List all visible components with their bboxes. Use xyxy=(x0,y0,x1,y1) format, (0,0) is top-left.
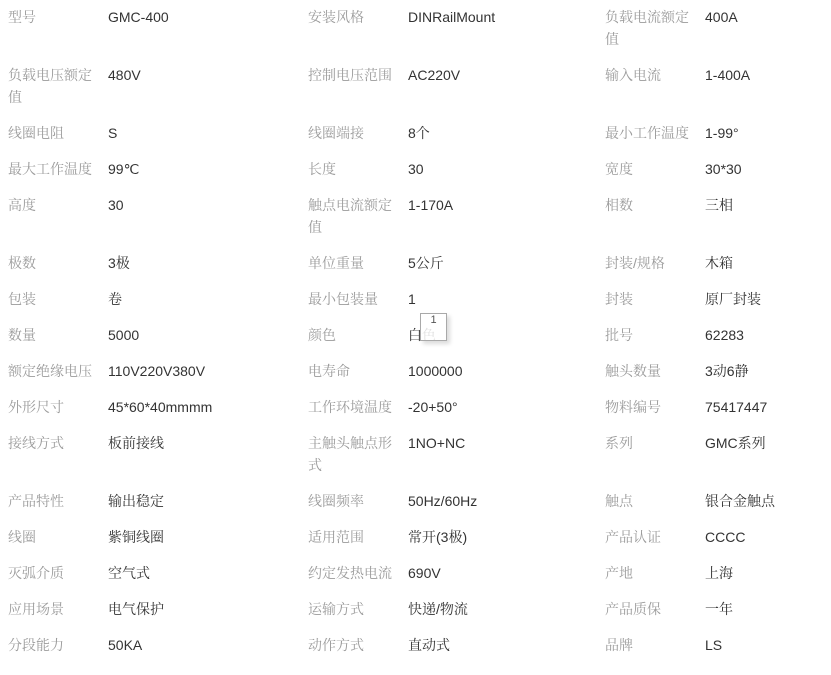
spec-label: 最小包装量 xyxy=(308,288,405,310)
spec-value: AC220V xyxy=(408,64,597,86)
spec-value: 三相 xyxy=(705,194,831,216)
spec-label: 电寿命 xyxy=(308,360,405,382)
spec-label: 产地 xyxy=(605,562,702,584)
spec-value: 3极 xyxy=(108,252,300,274)
spec-value: 空气式 xyxy=(108,562,300,584)
spec-value: 5000 xyxy=(108,324,300,346)
spec-row: 额定绝缘电压110V220V380V 电寿命1000000 触头数量3动6静 xyxy=(0,360,831,396)
spec-label: 分段能力 xyxy=(8,634,105,656)
spec-cell: 控制电压范围AC220V xyxy=(300,64,597,100)
spec-cell: 工作环境温度-20+50° xyxy=(300,396,597,432)
spec-cell: 系列GMC系列 xyxy=(597,432,831,468)
spec-label: 产品特性 xyxy=(8,490,105,512)
spec-row: 数量5000 颜色 白色 1 批号62283 xyxy=(0,324,831,360)
spec-value: 690V xyxy=(408,562,597,584)
spec-cell: 产品认证CCCC xyxy=(597,526,831,562)
spec-value: 1-400A xyxy=(705,64,831,86)
spec-cell: 产品特性输出稳定 xyxy=(0,490,300,526)
drag-ghost-badge: 1 xyxy=(420,313,447,341)
spec-label: 颜色 xyxy=(308,324,405,346)
spec-label: 线圈频率 xyxy=(308,490,405,512)
spec-label: 接线方式 xyxy=(8,432,105,454)
spec-value: 卷 xyxy=(108,288,300,310)
spec-value: 紫铜线圈 xyxy=(108,526,300,548)
spec-value: S xyxy=(108,122,300,144)
spec-label: 外形尺寸 xyxy=(8,396,105,418)
spec-cell: 动作方式直动式 xyxy=(300,634,597,670)
spec-cell: 单位重量5公斤 xyxy=(300,252,597,288)
spec-row: 线圈紫铜线圈 适用范围常开(3极) 产品认证CCCC xyxy=(0,526,831,562)
spec-label: 适用范围 xyxy=(308,526,405,548)
spec-value: 30 xyxy=(408,158,597,180)
spec-value: 1 xyxy=(408,288,597,310)
spec-value: 原厂封装 xyxy=(705,288,831,310)
spec-cell: 数量5000 xyxy=(0,324,300,360)
spec-label: 封装 xyxy=(605,288,702,310)
spec-label: 工作环境温度 xyxy=(308,396,405,418)
spec-label: 封装/规格 xyxy=(605,252,702,274)
spec-label: 负载电压额定值 xyxy=(8,64,105,108)
spec-cell: 线圈频率50Hz/60Hz xyxy=(300,490,597,526)
spec-cell: 品牌LS xyxy=(597,634,831,670)
spec-cell: 最小工作温度1-99° xyxy=(597,122,831,158)
spec-value: 3动6静 xyxy=(705,360,831,382)
spec-cell: 封装/规格木箱 xyxy=(597,252,831,288)
spec-value: 62283 xyxy=(705,324,831,346)
spec-value: 板前接线 xyxy=(108,432,300,454)
spec-cell: 灭弧介质空气式 xyxy=(0,562,300,598)
spec-label: 安装风格 xyxy=(308,6,405,28)
spec-row: 产品特性输出稳定 线圈频率50Hz/60Hz 触点银合金触点 xyxy=(0,490,831,526)
spec-value: 快递/物流 xyxy=(408,598,597,620)
spec-label: 系列 xyxy=(605,432,702,454)
spec-label: 长度 xyxy=(308,158,405,180)
spec-cell: 触点电流额定值1-170A xyxy=(300,194,597,252)
spec-cell: 电寿命1000000 xyxy=(300,360,597,396)
spec-cell: 额定绝缘电压110V220V380V xyxy=(0,360,300,396)
spec-cell: 外形尺寸45*60*40mmmm xyxy=(0,396,300,432)
spec-value: 电气保护 xyxy=(108,598,300,620)
spec-row: 高度30 触点电流额定值1-170A 相数三相 xyxy=(0,194,831,252)
spec-value: 30*30 xyxy=(705,158,831,180)
spec-cell: 产地上海 xyxy=(597,562,831,598)
spec-label: 线圈端接 xyxy=(308,122,405,144)
spec-cell: 安装风格DINRailMount xyxy=(300,6,597,42)
spec-label: 线圈电阻 xyxy=(8,122,105,144)
spec-label: 控制电压范围 xyxy=(308,64,405,86)
spec-label: 额定绝缘电压 xyxy=(8,360,105,382)
spec-value: CCCC xyxy=(705,526,831,548)
product-spec-table: 型号GMC-400 安装风格DINRailMount 负载电流额定值400A 负… xyxy=(0,0,831,675)
spec-label: 约定发热电流 xyxy=(308,562,405,584)
spec-cell: 产品质保一年 xyxy=(597,598,831,634)
spec-row: 分段能力50KA 动作方式直动式 品牌LS xyxy=(0,634,831,670)
spec-label: 主触头触点形式 xyxy=(308,432,405,476)
spec-label: 动作方式 xyxy=(308,634,405,656)
spec-label: 高度 xyxy=(8,194,105,216)
spec-label: 灭弧介质 xyxy=(8,562,105,584)
spec-value: 1000000 xyxy=(408,360,597,382)
spec-value: 30 xyxy=(108,194,300,216)
spec-value: 480V xyxy=(108,64,300,86)
spec-row: 最大工作温度99℃ 长度30 宽度30*30 xyxy=(0,158,831,194)
spec-value: 1-170A xyxy=(408,194,597,216)
spec-label: 数量 xyxy=(8,324,105,346)
spec-label: 批号 xyxy=(605,324,702,346)
spec-label: 宽度 xyxy=(605,158,702,180)
spec-value: 上海 xyxy=(705,562,831,584)
spec-cell: 触点银合金触点 xyxy=(597,490,831,526)
spec-cell: 分段能力50KA xyxy=(0,634,300,670)
spec-cell: 相数三相 xyxy=(597,194,831,230)
spec-value: DINRailMount xyxy=(408,6,597,28)
spec-label: 产品认证 xyxy=(605,526,702,548)
spec-label: 物料编号 xyxy=(605,396,702,418)
spec-cell: 批号62283 xyxy=(597,324,831,360)
spec-cell: 主触头触点形式1NO+NC xyxy=(300,432,597,490)
spec-row: 外形尺寸45*60*40mmmm 工作环境温度-20+50° 物料编号75417… xyxy=(0,396,831,432)
spec-value: 一年 xyxy=(705,598,831,620)
spec-cell: 线圈端接8个 xyxy=(300,122,597,158)
spec-row: 型号GMC-400 安装风格DINRailMount 负载电流额定值400A xyxy=(0,6,831,64)
spec-cell: 适用范围常开(3极) xyxy=(300,526,597,562)
spec-cell: 负载电流额定值400A xyxy=(597,6,831,64)
spec-cell: 线圈电阻S xyxy=(0,122,300,158)
spec-value: 45*60*40mmmm xyxy=(108,396,300,418)
spec-cell: 最小包装量1 xyxy=(300,288,597,324)
spec-label: 应用场景 xyxy=(8,598,105,620)
spec-cell: 物料编号75417447 xyxy=(597,396,831,432)
spec-value: 1NO+NC xyxy=(408,432,597,454)
spec-label: 包装 xyxy=(8,288,105,310)
spec-value: 75417447 xyxy=(705,396,831,418)
spec-cell: 负载电压额定值480V xyxy=(0,64,300,122)
spec-value: 50KA xyxy=(108,634,300,656)
spec-cell: 颜色 白色 1 xyxy=(300,324,597,360)
spec-value: 常开(3极) xyxy=(408,526,597,548)
spec-row: 负载电压额定值480V 控制电压范围AC220V 输入电流1-400A xyxy=(0,64,831,122)
spec-cell: 运输方式快递/物流 xyxy=(300,598,597,634)
spec-label: 负载电流额定值 xyxy=(605,6,702,50)
spec-label: 触点 xyxy=(605,490,702,512)
spec-cell: 接线方式板前接线 xyxy=(0,432,300,468)
spec-cell: 输入电流1-400A xyxy=(597,64,831,100)
spec-value: 99℃ xyxy=(108,158,300,180)
spec-value: -20+50° xyxy=(408,396,597,418)
spec-row: 包装卷 最小包装量1 封装原厂封装 xyxy=(0,288,831,324)
spec-cell: 应用场景电气保护 xyxy=(0,598,300,634)
spec-value: 110V220V380V xyxy=(108,360,300,382)
spec-cell: 高度30 xyxy=(0,194,300,230)
spec-value: 输出稳定 xyxy=(108,490,300,512)
spec-cell: 包装卷 xyxy=(0,288,300,324)
spec-cell: 宽度30*30 xyxy=(597,158,831,194)
spec-label: 运输方式 xyxy=(308,598,405,620)
spec-cell: 最大工作温度99℃ xyxy=(0,158,300,194)
spec-label: 触点电流额定值 xyxy=(308,194,405,238)
spec-cell: 长度30 xyxy=(300,158,597,194)
spec-value: 银合金触点 xyxy=(705,490,831,512)
spec-value: 直动式 xyxy=(408,634,597,656)
spec-value: 木箱 xyxy=(705,252,831,274)
spec-row: 极数3极 单位重量5公斤 封装/规格木箱 xyxy=(0,252,831,288)
spec-cell: 触头数量3动6静 xyxy=(597,360,831,396)
spec-label: 型号 xyxy=(8,6,105,28)
spec-cell: 约定发热电流690V xyxy=(300,562,597,598)
spec-value: LS xyxy=(705,634,831,656)
spec-value: 白色 1 xyxy=(408,324,597,346)
spec-value: 8个 xyxy=(408,122,597,144)
spec-cell: 型号GMC-400 xyxy=(0,6,300,42)
spec-row: 应用场景电气保护 运输方式快递/物流 产品质保一年 xyxy=(0,598,831,634)
spec-value: 400A xyxy=(705,6,831,28)
spec-label: 极数 xyxy=(8,252,105,274)
spec-label: 品牌 xyxy=(605,634,702,656)
spec-row: 接线方式板前接线 主触头触点形式1NO+NC 系列GMC系列 xyxy=(0,432,831,490)
spec-row: 线圈电阻S 线圈端接8个 最小工作温度1-99° xyxy=(0,122,831,158)
spec-value: GMC系列 xyxy=(705,432,831,454)
spec-label: 最小工作温度 xyxy=(605,122,702,144)
spec-label: 最大工作温度 xyxy=(8,158,105,180)
spec-value: GMC-400 xyxy=(108,6,300,28)
spec-label: 线圈 xyxy=(8,526,105,548)
spec-row: 灭弧介质空气式 约定发热电流690V 产地上海 xyxy=(0,562,831,598)
spec-label: 产品质保 xyxy=(605,598,702,620)
spec-value: 5公斤 xyxy=(408,252,597,274)
spec-label: 相数 xyxy=(605,194,702,216)
spec-value: 50Hz/60Hz xyxy=(408,490,597,512)
spec-value: 1-99° xyxy=(705,122,831,144)
spec-label: 单位重量 xyxy=(308,252,405,274)
spec-label: 输入电流 xyxy=(605,64,702,86)
spec-label: 触头数量 xyxy=(605,360,702,382)
spec-cell: 线圈紫铜线圈 xyxy=(0,526,300,562)
spec-cell: 极数3极 xyxy=(0,252,300,288)
spec-cell: 封装原厂封装 xyxy=(597,288,831,324)
